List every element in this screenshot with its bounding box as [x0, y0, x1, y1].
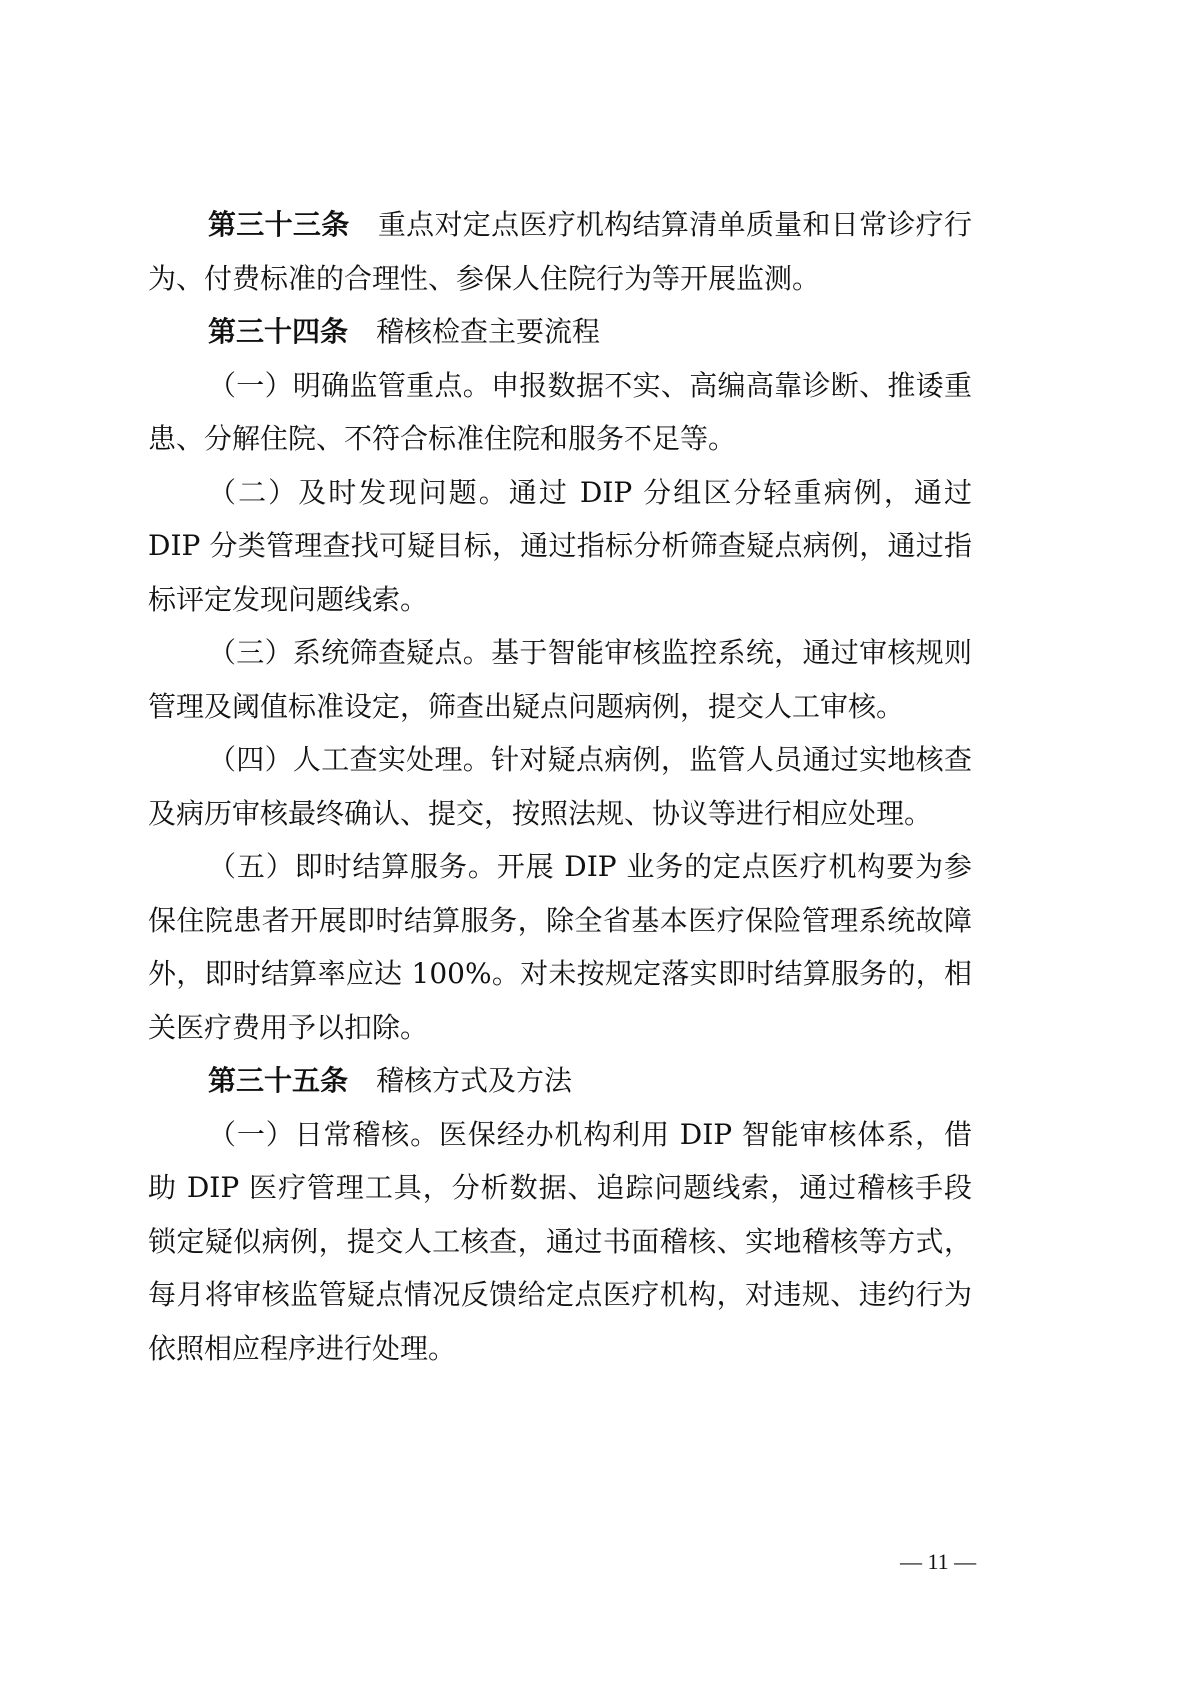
article-34: 第三十四条稽核检查主要流程: [148, 305, 972, 359]
paragraph-text: （三）系统筛查疑点。基于智能审核监控系统，通过审核规则管理及阈值标准设定，筛查出…: [148, 636, 972, 723]
paragraph-text: （一）日常稽核。医保经办机构利用 DIP 智能审核体系，借助 DIP 医疗管理工…: [148, 1118, 972, 1365]
item-1: （一）明确监管重点。申报数据不实、高编高靠诊断、推诿重患、分解住院、不符合标准住…: [148, 359, 972, 466]
paragraph-text: （二）及时发现问题。通过 DIP 分组区分轻重病例，通过 DIP 分类管理查找可…: [148, 476, 972, 616]
item-4: （四）人工查实处理。针对疑点病例，监管人员通过实地核查及病历审核最终确认、提交，…: [148, 733, 972, 840]
article-heading: 第三十三条: [208, 208, 350, 241]
paragraph-text: （一）明确监管重点。申报数据不实、高编高靠诊断、推诿重患、分解住院、不符合标准住…: [148, 369, 972, 456]
item-3: （三）系统筛查疑点。基于智能审核监控系统，通过审核规则管理及阈值标准设定，筛查出…: [148, 626, 972, 733]
document-body: 第三十三条重点对定点医疗机构结算清单质量和日常诊疗行为、付费标准的合理性、参保人…: [148, 198, 972, 1375]
article-heading: 第三十四条: [208, 315, 348, 348]
page-number: — 11 —: [900, 1549, 976, 1575]
item-5: （五）即时结算服务。开展 DIP 业务的定点医疗机构要为参保住院患者开展即时结算…: [148, 840, 972, 1054]
item-1-daily-audit: （一）日常稽核。医保经办机构利用 DIP 智能审核体系，借助 DIP 医疗管理工…: [148, 1108, 972, 1376]
item-2: （二）及时发现问题。通过 DIP 分组区分轻重病例，通过 DIP 分类管理查找可…: [148, 466, 972, 627]
article-heading: 第三十五条: [208, 1064, 348, 1097]
paragraph-text: 稽核方式及方法: [376, 1064, 572, 1097]
paragraph-text: 稽核检查主要流程: [376, 315, 600, 348]
paragraph-text: （四）人工查实处理。针对疑点病例，监管人员通过实地核查及病历审核最终确认、提交，…: [148, 743, 972, 830]
article-33: 第三十三条重点对定点医疗机构结算清单质量和日常诊疗行为、付费标准的合理性、参保人…: [148, 198, 972, 305]
paragraph-text: （五）即时结算服务。开展 DIP 业务的定点医疗机构要为参保住院患者开展即时结算…: [148, 850, 972, 1044]
article-35: 第三十五条稽核方式及方法: [148, 1054, 972, 1108]
